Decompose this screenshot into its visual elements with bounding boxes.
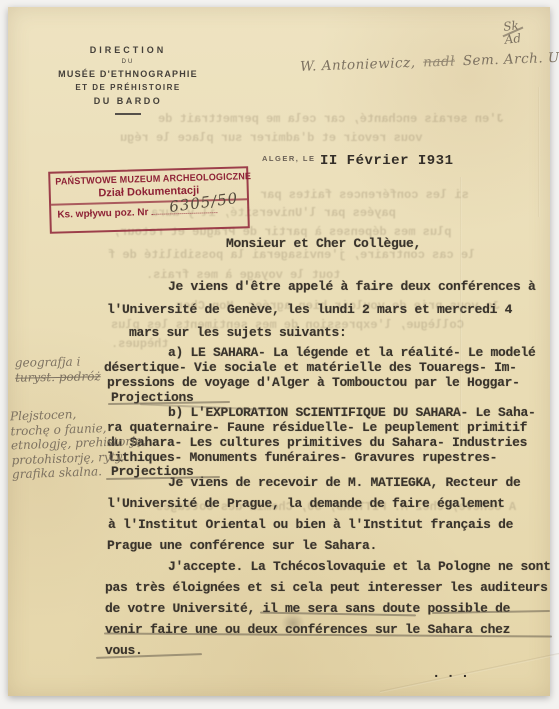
corner-initials: Sk Ad: [503, 19, 522, 47]
margin-note-geography: geografja i turyst. podróż: [15, 354, 101, 385]
letterhead-line: DU: [50, 59, 206, 65]
typed-line: Je viens de recevoir de M. MATIEGKA, Rec…: [168, 475, 521, 490]
dateline-typed-date: II Février I931: [320, 153, 454, 169]
letterhead: DIRECTION DU MUSÉE D'ETHNOGRAPHIE ET DE …: [50, 45, 206, 115]
typed-line: mars sur les sujets suivants:: [129, 325, 347, 340]
handwritten-top-note: W. Antoniewicz, nadł Sem. Arch. U.W. g 1…: [300, 47, 559, 75]
top-note-reference: Sem. Arch. U.W. g 12-2.: [463, 47, 559, 69]
letter-document: J'en serais enchanté, car cela me permet…: [8, 7, 550, 696]
bleedthrough-line: J'en serais enchanté, car cela me permet…: [158, 112, 504, 126]
typed-line: pressions de voyage d'Alger à Tombouctou…: [107, 375, 520, 390]
top-note-name: W. Antoniewicz,: [300, 55, 416, 75]
letterhead-line: MUSÉE D'ETHNOGRAPHIE: [50, 69, 206, 79]
typed-line: l'Université de Genève, les lundi 2 mars…: [107, 302, 512, 317]
accession-stamp: PAŃSTWOWE MUZEUM ARCHEOLOGICZNE Dział Do…: [48, 166, 250, 234]
paper-crease: [380, 649, 559, 693]
paper-crease: [460, 177, 462, 437]
typed-line: du Sahara- Les cultures primitives du Sa…: [107, 435, 527, 450]
typed-line: à l'Institut Oriental ou bien à l'Instit…: [108, 517, 513, 532]
typed-line: Je viens d'être appelé à faire deux conf…: [168, 279, 536, 294]
dateline-printed-label: ALGER, LE: [262, 154, 316, 163]
stamp-register-label: Ks. wpływu poz. Nr: [57, 207, 148, 221]
pencil-scribble: [280, 612, 306, 634]
typed-line: ra quaternaire- Faune résiduelle- Le peu…: [107, 420, 527, 435]
typed-line: Prague une conférence sur le Sahara.: [107, 538, 377, 553]
margin-note-pleistocene: Plejstocen, trochę o faunie, etnologję, …: [10, 405, 147, 482]
dateline: ALGER, LE II Février I931: [262, 151, 454, 169]
typed-line: pas très éloignées et si cela peut inter…: [105, 580, 548, 595]
typed-line: Monsieur et Cher Collègue,: [226, 236, 421, 251]
typed-line: a) LE SAHARA- La légende et la réalité- …: [168, 345, 536, 360]
typed-line: l'Université de Prague, la demande de fa…: [107, 496, 505, 511]
paper-crease: [538, 87, 540, 217]
margin-note-line: geografja i: [15, 354, 101, 370]
typed-line: désertique- Vie sociale et matérielle de…: [104, 360, 517, 375]
letterhead-line: DIRECTION: [50, 45, 206, 55]
typed-line: J'accepte. La Tchécoslovaquie et la Polo…: [168, 559, 551, 574]
bleedthrough-line: vous revoir et d'admirer sur place le ré…: [120, 131, 422, 145]
letterhead-line: DU BARDO: [50, 96, 206, 106]
letterhead-rule: [115, 113, 141, 115]
typed-line: lithiques- Monuments funéraires- Gravure…: [107, 450, 497, 465]
margin-note-line-struck: turyst. podróż: [15, 369, 101, 385]
top-note-struck-word: nadł: [423, 53, 455, 70]
letterhead-line: ET DE PRÉHISTOIRE: [50, 83, 206, 92]
bleedthrough-line: si les conférences faites par: [260, 188, 469, 202]
